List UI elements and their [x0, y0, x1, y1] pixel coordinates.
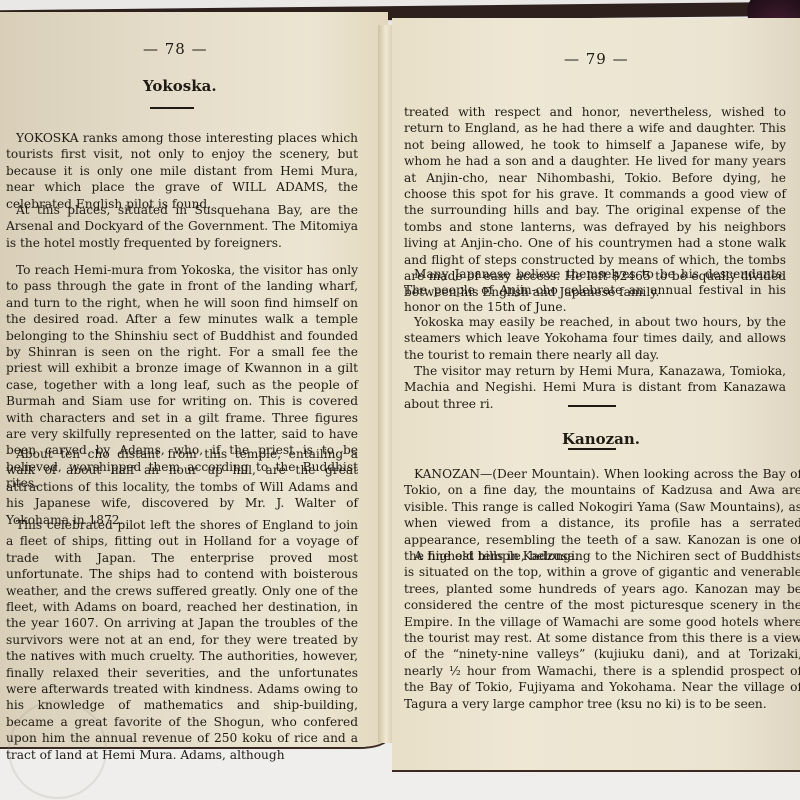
paragraph-arsenal: At this places, situated in Susquehana B… [6, 202, 358, 251]
watermark-stamp [8, 700, 107, 799]
right-page: — 79 — treated with respect and honor, n… [392, 18, 800, 770]
section-rule-top [568, 405, 616, 407]
paragraph-descendants: Many Japanese believe themselves to be h… [404, 266, 786, 315]
paragraph-steamers: Yokoska may easily be reached, in about … [404, 314, 786, 363]
title-rule [150, 107, 194, 109]
paragraph-kanozan-temple: A fine old temple, belonging to the Nich… [404, 548, 800, 712]
paragraph-tombs: About ten cho distant from this temple, … [6, 446, 358, 528]
page-number-left: — 78 — [143, 40, 208, 58]
section-rule-bottom [568, 448, 616, 450]
left-page: — 78 — Yokoska. YOKOSKA ranks among thos… [0, 12, 388, 747]
page-number-right: — 79 — [564, 50, 629, 68]
paragraph-intro: YOKOSKA ranks among those interesting pl… [6, 130, 358, 212]
section-title-kanozan: Kanozan. [562, 430, 640, 448]
section-title-yokoska: Yokoska. [143, 77, 217, 95]
